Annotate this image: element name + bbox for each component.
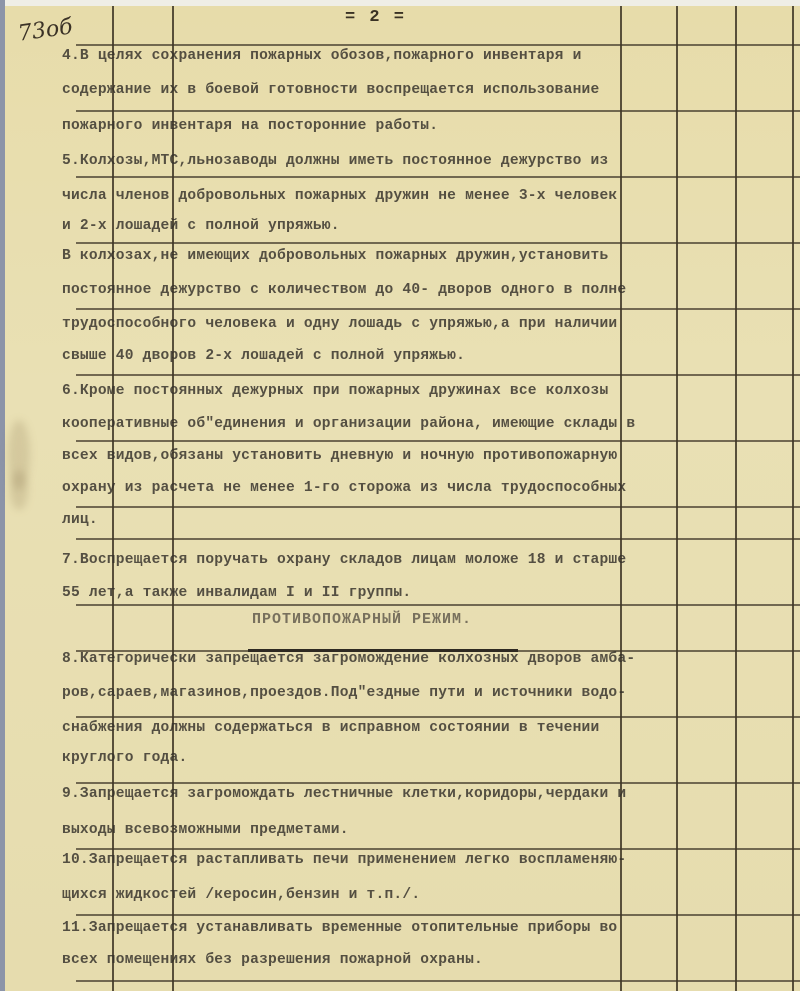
ruled-line (76, 374, 800, 376)
typed-line: 8.Категорически запрещается загромождени… (62, 651, 635, 667)
typed-line: ров,сараев,магазинов,проездов.Под"ездные… (62, 685, 626, 701)
typed-line: В колхозах,не имеющих добровольных пожар… (62, 248, 608, 264)
column-rule (620, 6, 622, 991)
heading-underline (248, 649, 518, 652)
typed-line: 10.Запрещается растапливать печи примене… (62, 852, 626, 868)
section-heading: ПРОТИВОПОЖАРНЫЙ РЕЖИМ. (252, 611, 472, 628)
ruled-line (76, 604, 800, 606)
typed-line: содержание их в боевой готовности воспре… (62, 82, 599, 98)
scan-top-margin (0, 0, 800, 6)
typed-line: свыше 40 дворов 2-х лошадей с полной упр… (62, 348, 465, 364)
typed-line: постоянное дежурство с количеством до 40… (62, 282, 626, 298)
ruled-line (76, 782, 800, 784)
ruled-line (76, 242, 800, 244)
typed-line: лиц. (62, 512, 98, 528)
ruled-line (76, 44, 800, 46)
typed-line: числа членов добровольных пожарных дружи… (62, 188, 617, 204)
column-rule (792, 6, 794, 991)
typed-line: охрану из расчета не менее 1-го сторожа … (62, 480, 626, 496)
typed-line: снабжения должны содержаться в исправном… (62, 720, 599, 736)
typed-line: щихся жидкостей /керосин,бензин и т.п./. (62, 887, 420, 903)
typed-line: 5.Колхозы,МТС,льнозаводы должны иметь по… (62, 153, 608, 169)
column-rule (735, 6, 737, 991)
archive-sheet-number: 73об (17, 14, 75, 46)
typed-line: 55 лет,а также инвалидам I и II группы. (62, 585, 411, 601)
ruled-line (76, 914, 800, 916)
ruled-line (76, 110, 800, 112)
typed-line: всех видов,обязаны установить дневную и … (62, 448, 617, 464)
scanned-document-page: 73об = 2 = 4.В целях сохранения пожарных… (0, 0, 800, 991)
typed-line: 4.В целях сохранения пожарных обозов,пож… (62, 48, 582, 64)
paper-stain (10, 470, 28, 510)
typed-line: круглого года. (62, 750, 187, 766)
typed-line: и 2-х лошадей с полной упряжью. (62, 218, 340, 234)
page-number: = 2 = (345, 8, 406, 27)
ruled-line (76, 538, 800, 540)
ruled-line (76, 980, 800, 982)
typed-line: кооперативные об"единения и организации … (62, 416, 635, 432)
typed-line: выходы всевозможными предметами. (62, 822, 349, 838)
typed-line: 11.Запрещается устанавливать временные о… (62, 920, 617, 936)
ruled-line (76, 308, 800, 310)
scan-left-edge (0, 0, 5, 991)
typed-line: 7.Воспрещается поручать охрану складов л… (62, 552, 626, 568)
typed-line: 6.Кроме постоянных дежурных при пожарных… (62, 383, 608, 399)
typed-line: трудоспособного человека и одну лошадь с… (62, 316, 617, 332)
ruled-line (76, 716, 800, 718)
ruled-line (76, 506, 800, 508)
typed-line: пожарного инвентаря на посторонние работ… (62, 118, 438, 134)
ruled-line (76, 848, 800, 850)
ruled-line (76, 440, 800, 442)
column-rule (676, 6, 678, 991)
typed-line: всех помещениях без разрешения пожарной … (62, 952, 483, 968)
ruled-line (76, 176, 800, 178)
typed-line: 9.Запрещается загромождать лестничные кл… (62, 786, 626, 802)
